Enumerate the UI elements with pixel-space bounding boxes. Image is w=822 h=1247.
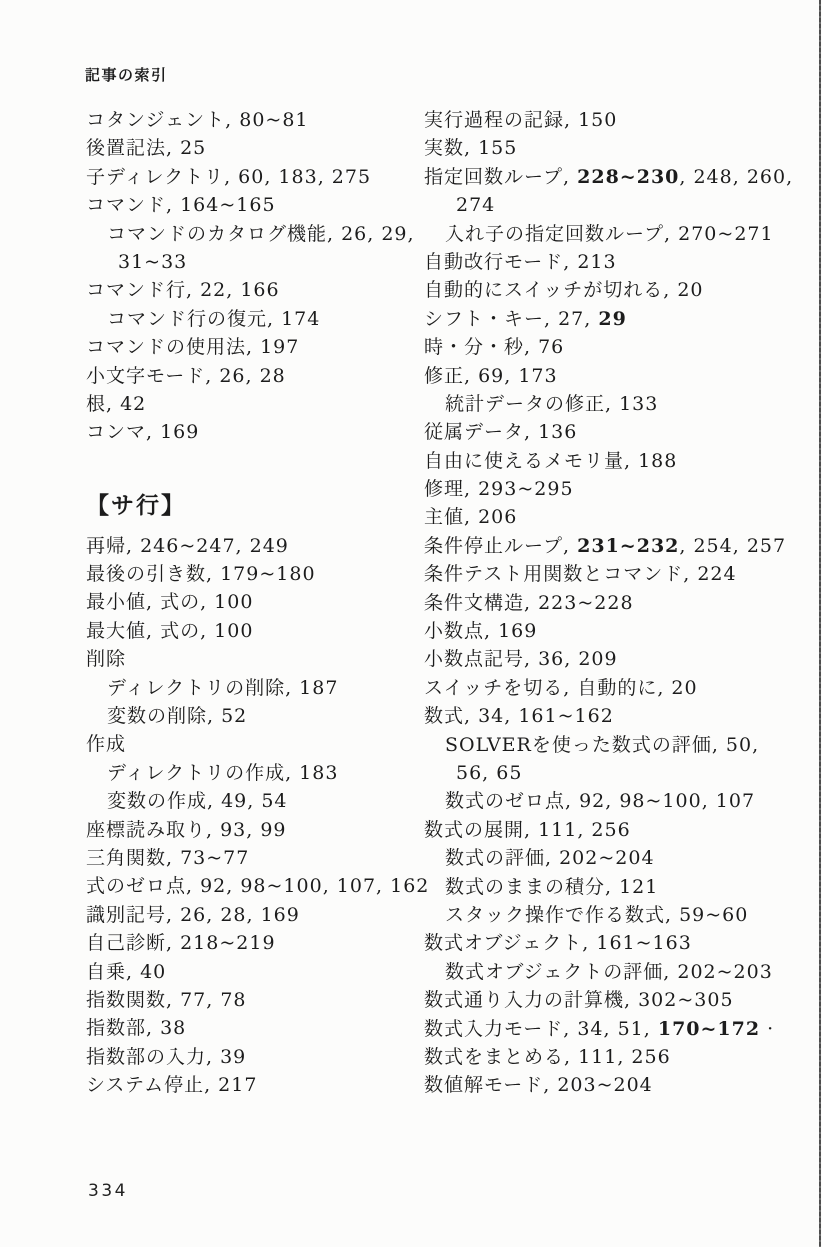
entry-text: 小数点記号, 36, 209 [424,648,618,670]
entry-text: 数式のゼロ点, 92, 98~100, 107 [445,790,755,812]
entry-text: 数値解モード, 203~204 [424,1074,653,1096]
index-entry: 小数点記号, 36, 209 [424,645,816,673]
entry-page-range-bold: 228~230 [577,166,679,188]
entry-text: 数式の展開, 111, 256 [424,819,631,841]
index-entry: 自動的にスイッチが切れる, 20 [424,276,816,304]
entry-text: 指定回数ループ, [424,166,577,188]
index-entry: 主値, 206 [424,503,816,531]
entry-text: 条件停止ループ, [424,535,577,557]
entry-text: 数式のままの積分, 121 [445,876,658,898]
entry-text: 三角関数, 73~77 [86,847,249,869]
index-entry: 後置記法, 25 [86,134,421,162]
entry-text: 数式オブジェクト, 161~163 [424,932,692,954]
index-entry: 作成 [86,730,421,758]
index-entry: 削除 [86,645,421,673]
entry-text: 従属データ, 136 [424,421,577,443]
entry-text: シフト・キー, 27, [424,308,598,330]
entry-text: 入れ子の指定回数ループ, 270~271 [445,223,774,245]
entry-text: 自動的にスイッチが切れる, 20 [424,279,704,301]
entry-text: 後置記法, 25 [86,137,206,159]
entry-text: 根, 42 [86,393,146,415]
index-entry: 指数部の入力, 39 [86,1043,421,1071]
entry-text: 変数の削除, 52 [107,705,247,727]
index-entry: 三角関数, 73~77 [86,844,421,872]
index-entry: 自由に使えるメモリ量, 188 [424,447,816,475]
entry-text: 指数部, 38 [86,1017,186,1039]
entry-text: 小文字モード, 26, 28 [86,365,286,387]
index-entry: 最大値, 式の, 100 [86,617,421,645]
entry-text: · [760,1018,774,1040]
entry-text: 【サ行】 [86,493,186,519]
entry-text: 再帰, 246~247, 249 [86,535,289,557]
entry-text: 座標読み取り, 93, 99 [86,819,287,841]
entry-text: , 248, 260, [679,166,793,188]
entry-text: 指数関数, 77, 78 [86,989,247,1011]
index-entry: 274 [424,191,816,219]
entry-page-range-bold: 29 [598,308,626,330]
index-entry: 変数の作成, 49, 54 [86,787,421,815]
index-entry: 数式のゼロ点, 92, 98~100, 107 [424,787,816,815]
entry-text: , 254, 257 [679,535,786,557]
entry-text: 最小値, 式の, 100 [86,591,253,613]
entry-text: 自由に使えるメモリ量, 188 [424,450,677,472]
index-entry: 座標読み取り, 93, 99 [86,816,421,844]
entry-text: SOLVERを使った数式の評価, 50, [445,734,759,756]
entry-page-range-bold: 231~232 [577,535,679,557]
entry-text: コマンド行, 22, 166 [86,279,280,301]
entry-text: 数式通り入力の計算機, 302~305 [424,989,734,1011]
index-entry: スタック操作で作る数式, 59~60 [424,901,816,929]
index-entry: 根, 42 [86,390,421,418]
index-entry: 56, 65 [424,759,816,787]
entry-text: 実行過程の記録, 150 [424,109,617,131]
entry-text: 最大値, 式の, 100 [86,620,253,642]
index-entry: コンマ, 169 [86,418,421,446]
index-entry: コマンドのカタログ機能, 26, 29, [86,220,421,248]
index-entry: 数式通り入力の計算機, 302~305 [424,986,816,1014]
index-entry: スイッチを切る, 自動的に, 20 [424,674,816,702]
page-number: 334 [88,1181,128,1201]
index-entry: 数式の展開, 111, 256 [424,816,816,844]
index-entry: 条件テスト用関数とコマンド, 224 [424,560,816,588]
index-entry: 小文字モード, 26, 28 [86,362,421,390]
index-entry: システム停止, 217 [86,1071,421,1099]
entry-page-range-bold: 170~172 [658,1018,760,1040]
entry-text: 統計データの修正, 133 [445,393,658,415]
index-entry: 修理, 293~295 [424,475,816,503]
index-entry: コマンドの使用法, 197 [86,333,421,361]
entry-text: 式のゼロ点, 92, 98~100, 107, 162 [86,875,429,897]
entry-text: 自己診断, 218~219 [86,932,276,954]
entry-text: 修理, 293~295 [424,478,574,500]
entry-text: 識別記号, 26, 28, 169 [86,904,300,926]
entry-text: 31~33 [118,251,187,273]
index-entry: ディレクトリの削除, 187 [86,674,421,702]
entry-text: ディレクトリの削除, 187 [107,677,338,699]
index-entry: 小数点, 169 [424,617,816,645]
entry-text: 数式をまとめる, 111, 256 [424,1046,671,1068]
entry-text: 変数の作成, 49, 54 [107,790,288,812]
index-entry: コタンジェント, 80~81 [86,106,421,134]
entry-text: 削除 [86,648,126,670]
index-entry: 31~33 [86,248,421,276]
index-entry: 子ディレクトリ, 60, 183, 275 [86,163,421,191]
entry-text: スタック操作で作る数式, 59~60 [445,904,748,926]
index-entry: 指数部, 38 [86,1014,421,1042]
index-entry: 数式の評価, 202~204 [424,844,816,872]
index-entry: 数式をまとめる, 111, 256 [424,1043,816,1071]
index-entry: 最小値, 式の, 100 [86,588,421,616]
index-entry: ディレクトリの作成, 183 [86,759,421,787]
index-entry: 数式のままの積分, 121 [424,873,816,901]
entry-text: 最後の引き数, 179~180 [86,563,316,585]
index-entry: 実行過程の記録, 150 [424,106,816,134]
scanned-page: 記事の索引 コタンジェント, 80~81後置記法, 25子ディレクトリ, 60,… [0,0,822,1247]
entry-text: 主値, 206 [424,506,517,528]
entry-text: 条件文構造, 223~228 [424,592,634,614]
entry-text: コマンドの使用法, 197 [86,336,299,358]
index-entry: 自己診断, 218~219 [86,929,421,957]
index-entry: 実数, 155 [424,134,816,162]
index-entry: シフト・キー, 27, 29 [424,305,816,333]
index-entry: 数式入力モード, 34, 51, 170~172 · [424,1015,816,1043]
entry-text: 子ディレクトリ, 60, 183, 275 [86,166,371,188]
index-entry: 従属データ, 136 [424,418,816,446]
entry-text: 数式入力モード, 34, 51, [424,1018,658,1040]
entry-text: 実数, 155 [424,137,517,159]
index-column-left: コタンジェント, 80~81後置記法, 25子ディレクトリ, 60, 183, … [86,106,421,1100]
index-entry: 再帰, 246~247, 249 [86,532,421,560]
index-entry: 修正, 69, 173 [424,362,816,390]
index-entry: 数式オブジェクト, 161~163 [424,929,816,957]
index-entry: 最後の引き数, 179~180 [86,560,421,588]
index-entry: 識別記号, 26, 28, 169 [86,901,421,929]
index-entry: 自動改行モード, 213 [424,248,816,276]
index-entry: コマンド, 164~165 [86,191,421,219]
index-entry: 指数関数, 77, 78 [86,986,421,1014]
entry-text: コンマ, 169 [86,421,199,443]
index-entry: 数値解モード, 203~204 [424,1071,816,1099]
index-entry: コマンド行の復元, 174 [86,305,421,333]
index-entry: 条件停止ループ, 231~232, 254, 257 [424,532,816,560]
entry-text: 条件テスト用関数とコマンド, 224 [424,563,737,585]
entry-text: 274 [456,194,495,216]
index-entry: 変数の削除, 52 [86,702,421,730]
entry-text: コマンド, 164~165 [86,194,276,216]
index-entry: 入れ子の指定回数ループ, 270~271 [424,220,816,248]
entry-text: 指数部の入力, 39 [86,1046,246,1068]
index-entry: 時・分・秒, 76 [424,333,816,361]
index-entry: 自乗, 40 [86,958,421,986]
index-entry: 数式, 34, 161~162 [424,702,816,730]
index-entry: 条件文構造, 223~228 [424,589,816,617]
index-entry: SOLVERを使った数式の評価, 50, [424,731,816,759]
scan-edge-line [819,0,821,1247]
entry-text: 数式, 34, 161~162 [424,705,614,727]
entry-text: 56, 65 [456,762,522,784]
entry-text: コマンド行の復元, 174 [107,308,320,330]
entry-text: ディレクトリの作成, 183 [107,762,338,784]
entry-text: 自動改行モード, 213 [424,251,617,273]
index-entry: 数式オブジェクトの評価, 202~203 [424,958,816,986]
entry-text: 時・分・秒, 76 [424,336,564,358]
index-entry: 統計データの修正, 133 [424,390,816,418]
index-entry: 式のゼロ点, 92, 98~100, 107, 162 [86,872,421,900]
index-entry: コマンド行, 22, 166 [86,276,421,304]
section-heading: 【サ行】 [86,491,421,522]
entry-text: コタンジェント, 80~81 [86,109,309,131]
entry-text: 小数点, 169 [424,620,537,642]
entry-text: スイッチを切る, 自動的に, 20 [424,677,698,699]
index-entry: 指定回数ループ, 228~230, 248, 260, [424,163,816,191]
entry-text: 自乗, 40 [86,961,166,983]
entry-text: コマンドのカタログ機能, 26, 29, [107,223,415,245]
entry-text: 数式の評価, 202~204 [445,847,655,869]
page-header-title: 記事の索引 [85,64,168,85]
entry-text: 作成 [86,733,126,755]
entry-text: システム停止, 217 [86,1074,257,1096]
index-column-right: 実行過程の記録, 150実数, 155指定回数ループ, 228~230, 248… [424,106,816,1100]
entry-text: 修正, 69, 173 [424,365,558,387]
entry-text: 数式オブジェクトの評価, 202~203 [445,961,773,983]
